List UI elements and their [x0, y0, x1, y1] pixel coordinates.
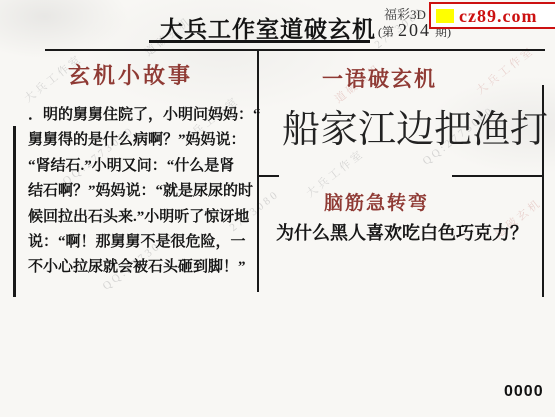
story-line: ．明的舅舅住院了，小明问妈妈：“ — [28, 103, 258, 128]
story-text: ．明的舅舅住院了，小明问妈妈：“ 舅舅得的是什么病啊？”妈妈说： “肾结石.”小… — [28, 103, 258, 281]
title-underline — [149, 40, 370, 43]
story-line: 舅舅得的是什么病啊？”妈妈说： — [28, 128, 258, 153]
riddle-heading: 脑筋急转弯 — [324, 188, 429, 215]
story-line: 结石啊？”妈妈说：“就是尿尿的时 — [28, 179, 258, 204]
story-line: 候回拉出石头来.”小明听了惊讶地 — [28, 205, 258, 230]
riddle-separator-left — [257, 175, 279, 177]
story-line: 说：“啊！那舅舅不是很危险，一 — [28, 230, 258, 255]
issue-prefix: (第 — [378, 25, 394, 39]
mystery-phrase: 船家江边把渔打 — [282, 98, 548, 153]
story-line: 不小心拉尿就会被石头砸到脚！” — [28, 255, 258, 280]
site-logo[interactable]: cz89.com — [429, 2, 555, 29]
page-code: 0000 — [504, 383, 544, 401]
riddle-question: 为什么黑人喜欢吃白色巧克力？ — [276, 219, 528, 245]
logo-text: cz89.com — [459, 7, 537, 25]
left-border-line — [13, 126, 16, 297]
riddle-separator-right — [452, 175, 543, 177]
top-border-line — [45, 49, 545, 51]
issue-number: 204 — [398, 20, 431, 40]
scanned-lottery-sheet: 大兵工作室 道破玄机 QQ:2773080 大兵工作室 2773080 道破玄机… — [0, 0, 555, 417]
logo-yellow-marker-icon — [436, 9, 454, 23]
phrase-heading: 一语破玄机 — [322, 63, 437, 93]
story-line: “肾结石.”小明又问：“什么是肾 — [28, 154, 258, 179]
story-heading: 玄机小故事 — [68, 59, 193, 90]
